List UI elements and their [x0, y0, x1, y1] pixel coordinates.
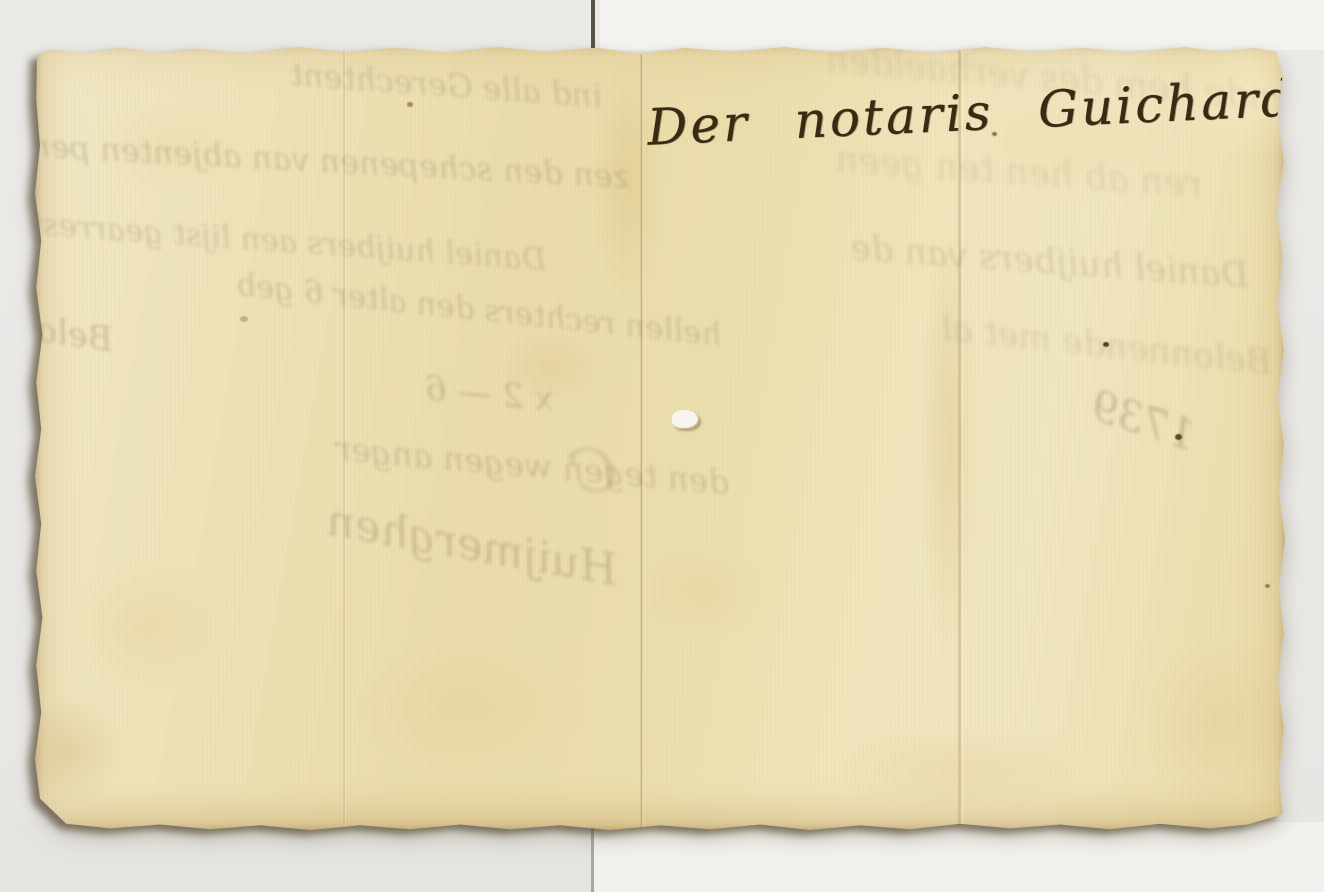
photo-scene: ind alle Gerechtentzen den schepenen van… — [0, 0, 1324, 892]
stain-patch — [60, 559, 235, 694]
bleedthrough-line: Daniel huijbers van de — [849, 228, 1250, 296]
bleedthrough-line: C — [564, 430, 623, 510]
bleedthrough-line: 1739 — [1085, 381, 1202, 461]
stain-patch — [1140, 634, 1285, 809]
stain-patch — [640, 539, 775, 644]
fold-crease — [957, 44, 964, 830]
backdrop-seam-bottom — [591, 824, 594, 892]
bleedthrough-line: zen den schepenen van abjenten pen — [35, 126, 631, 195]
bleedthrough-line: Belonn — [35, 304, 115, 360]
bleedthrough-line: den tegen wegen anger — [334, 429, 731, 502]
notary-inscription: Der notaris Guichard — [646, 69, 1285, 156]
paper-hole — [672, 410, 699, 429]
stain-patch — [920, 224, 978, 664]
manuscript-paper: ind alle Gerechtentzen den schepenen van… — [35, 44, 1285, 830]
ink-spot — [240, 316, 248, 322]
fold-crease — [640, 44, 644, 830]
stain-patch — [90, 99, 245, 194]
stain-patch — [830, 724, 1095, 819]
bleedthrough-line: Daniel huijbers aen lijst gearrest — [35, 206, 548, 278]
backdrop-seam-top — [591, 0, 595, 48]
backdrop-bright-area — [600, 0, 1324, 50]
fold-crease — [343, 44, 346, 830]
stain-patch — [590, 54, 665, 304]
bleedthrough-line: hellen rechters den alter 6 geb — [234, 267, 723, 354]
ink-spot — [1265, 584, 1270, 588]
stain-patch — [35, 694, 125, 809]
stain-patch — [350, 639, 585, 774]
bleedthrough-line: ind alle Gerechtent — [289, 55, 604, 115]
backdrop-bright-area — [594, 822, 1324, 892]
ink-spot — [407, 102, 413, 107]
manuscript-paper-wrap: ind alle Gerechtentzen den schepenen van… — [35, 44, 1285, 830]
ink-spot — [1175, 434, 1182, 440]
stain-patch — [500, 329, 605, 404]
bleedthrough-line: Huijmerghen — [323, 495, 621, 596]
bleedthrough-line: ren ab hen ten geen — [834, 139, 1203, 206]
backdrop-shaded-area — [0, 822, 594, 892]
ink-spot — [1103, 342, 1109, 347]
bleedthrough-line: x 2 — 6 — [424, 368, 556, 419]
